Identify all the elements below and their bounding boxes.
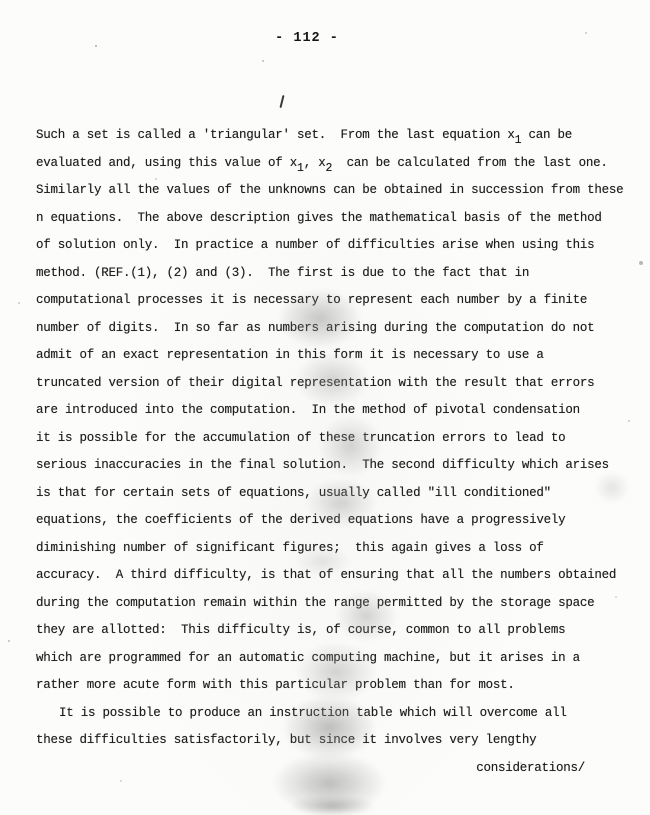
body-lines: Such a set is called a 'triangular' set.… bbox=[36, 122, 638, 755]
text-line: accuracy. A third difficulty, is that of… bbox=[36, 562, 638, 590]
subscript: 1 bbox=[297, 162, 304, 175]
text-line: these difficulties satisfactorily, but s… bbox=[36, 727, 638, 755]
text-line: it is possible for the accumulation of t… bbox=[36, 425, 638, 453]
text-line: method. (REF.(1), (2) and (3). The first… bbox=[36, 260, 638, 288]
subscript: 2 bbox=[325, 162, 332, 175]
text-line: truncated version of their digital repre… bbox=[36, 370, 638, 398]
text-line: equations, the coefficients of the deriv… bbox=[36, 507, 638, 535]
scan-specks bbox=[0, 0, 2, 2]
text-line: n equations. The above description gives… bbox=[36, 205, 638, 233]
text-line: of solution only. In practice a number o… bbox=[36, 232, 638, 260]
text-line: during the computation remain within the… bbox=[36, 590, 638, 618]
catchword: considerations/ bbox=[476, 755, 585, 782]
text-line: rather more acute form with this particu… bbox=[36, 672, 638, 700]
text-line: Similarly all the values of the unknowns… bbox=[36, 177, 638, 205]
scan-stray-mark bbox=[279, 95, 284, 108]
scanned-document-page: - 112 - Such a set is called a 'triangul… bbox=[0, 0, 650, 815]
text-line: evaluated and, using this value of x1, x… bbox=[36, 150, 638, 178]
text-line: Such a set is called a 'triangular' set.… bbox=[36, 122, 638, 150]
text-line: are introduced into the computation. In … bbox=[36, 397, 638, 425]
scan-smudge bbox=[272, 752, 387, 815]
text-line: number of digits. In so far as numbers a… bbox=[36, 315, 638, 343]
scan-smudge bbox=[290, 795, 375, 815]
text-line: serious inaccuracies in the final soluti… bbox=[36, 452, 638, 480]
text-line: It is possible to produce an instruction… bbox=[36, 700, 638, 728]
text-line: admit of an exact representation in this… bbox=[36, 342, 638, 370]
text-line: diminishing number of significant figure… bbox=[36, 535, 638, 563]
subscript: 1 bbox=[515, 134, 522, 147]
text-line: is that for certain sets of equations, u… bbox=[36, 480, 638, 508]
text-line: computational processes it is necessary … bbox=[36, 287, 638, 315]
text-line: which are programmed for an automatic co… bbox=[36, 645, 638, 673]
page-number-header: - 112 - bbox=[0, 31, 614, 46]
text-line: they are allotted: This difficulty is, o… bbox=[36, 617, 638, 645]
